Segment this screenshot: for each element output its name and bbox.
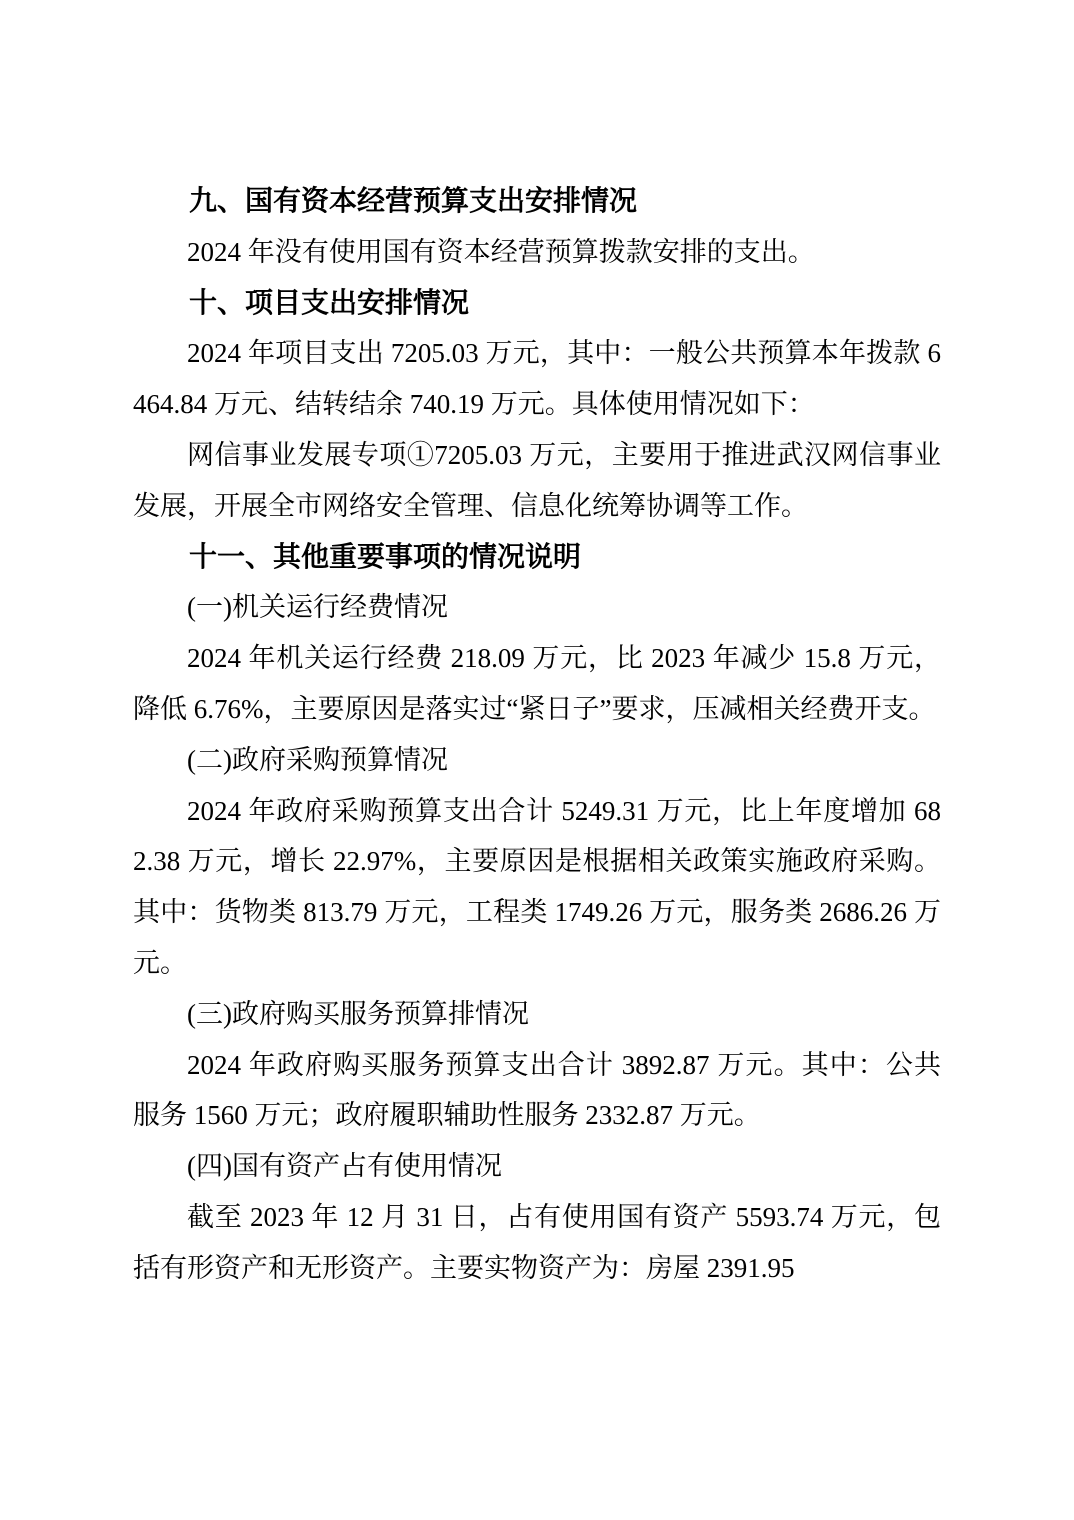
para-section-9-body: 2024 年没有使用国有资本经营预算拨款安排的支出。 xyxy=(133,227,941,278)
subheading-state-owned-assets: (四)国有资产占有使用情况 xyxy=(133,1141,941,1192)
document-content: 九、国有资本经营预算支出安排情况 2024 年没有使用国有资本经营预算拨款安排的… xyxy=(133,176,941,1294)
para-gov-purchased-services: 2024 年政府购买服务预算支出合计 3892.87 万元。其中：公共服务 15… xyxy=(133,1040,941,1142)
subheading-government-procurement: (二)政府采购预算情况 xyxy=(133,735,941,786)
para-government-procurement: 2024 年政府采购预算支出合计 5249.31 万元，比上年度增加 682.3… xyxy=(133,786,941,989)
document-page: 九、国有资本经营预算支出安排情况 2024 年没有使用国有资本经营预算拨款安排的… xyxy=(0,0,1074,1520)
heading-section-9: 九、国有资本经营预算支出安排情况 xyxy=(133,176,941,227)
para-wangxin-special-project: 网信事业发展专项①7205.03 万元，主要用于推进武汉网信事业发展，开展全市网… xyxy=(133,430,941,532)
para-state-owned-assets: 截至 2023 年 12 月 31 日，占有使用国有资产 5593.74 万元，… xyxy=(133,1192,941,1294)
heading-section-10: 十、项目支出安排情况 xyxy=(133,278,941,329)
para-project-expenditure: 2024 年项目支出 7205.03 万元，其中：一般公共预算本年拨款 6464… xyxy=(133,328,941,430)
heading-section-11: 十一、其他重要事项的情况说明 xyxy=(133,532,941,583)
subheading-agency-operating-funds: (一)机关运行经费情况 xyxy=(133,582,941,633)
para-agency-operating-funds: 2024 年机关运行经费 218.09 万元，比 2023 年减少 15.8 万… xyxy=(133,633,941,735)
subheading-gov-purchased-services: (三)政府购买服务预算排情况 xyxy=(133,989,941,1040)
